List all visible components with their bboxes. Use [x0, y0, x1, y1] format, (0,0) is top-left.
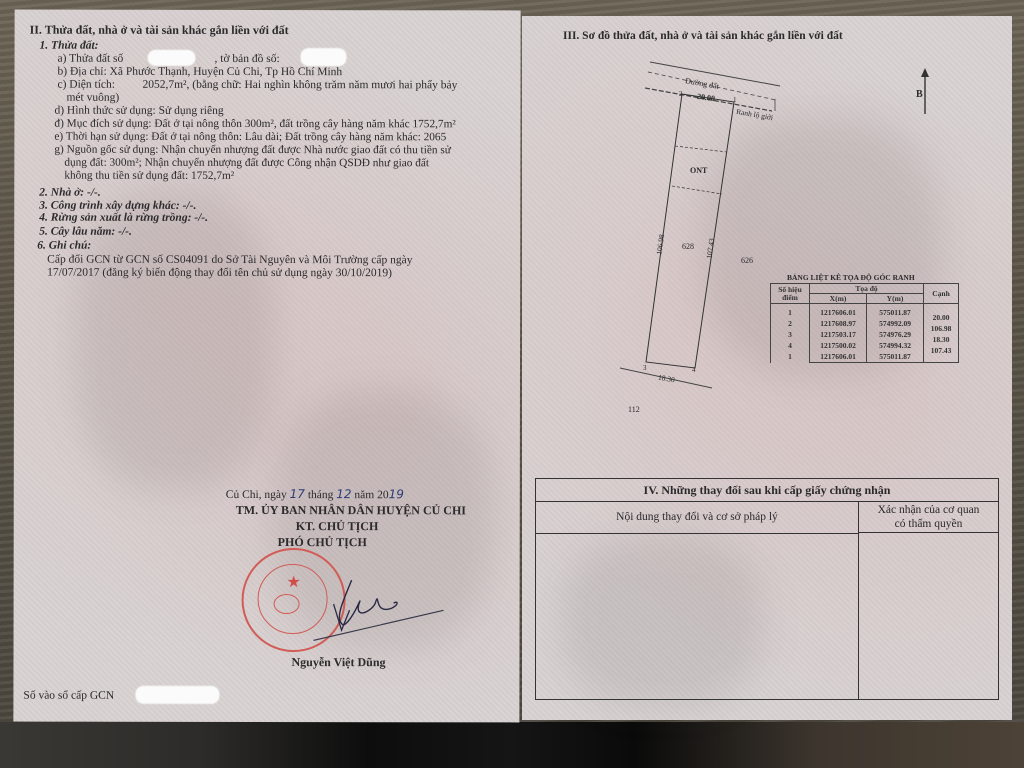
cell-x: 1217606.01	[814, 351, 862, 362]
cell-edge: 107.43	[928, 345, 954, 356]
header-x: X(m)	[810, 294, 867, 304]
header-point: Số hiệu điểm	[771, 284, 810, 304]
cell-y: 575011.87	[871, 307, 919, 318]
header-coords: Tọa độ	[810, 284, 924, 294]
confirmation-line-1: Xác nhận của cơ quan	[859, 503, 998, 517]
cell-point: 4	[775, 340, 805, 351]
changes-col-content: Nội dung thay đổi và cơ sở pháp lý	[536, 501, 859, 534]
column-divider	[858, 533, 859, 699]
parcel-number: 628	[682, 240, 694, 253]
cell-x: 1217503.17	[814, 329, 862, 340]
cell-point: 2	[775, 318, 805, 329]
north-label: B	[916, 88, 923, 101]
cell-point: 3	[775, 329, 805, 340]
cell-x: 1217606.01	[814, 307, 862, 318]
land-use-code: ONT	[690, 164, 707, 177]
cell-point: 1	[775, 351, 805, 362]
cell-edge: 106.98	[928, 323, 954, 334]
header-edge: Cạnh	[924, 284, 959, 304]
cell-y: 574994.32	[871, 340, 919, 351]
edge-top-length: 20.00	[696, 90, 716, 105]
cell-y: 574976.29	[871, 329, 919, 340]
changes-title: IV. Những thay đổi sau khi cấp giấy chứn…	[536, 479, 998, 502]
cell-y: 575011.87	[871, 351, 919, 362]
vertex-2: 2	[679, 88, 683, 101]
cell-x: 1217500.02	[814, 340, 862, 351]
cell-edge: 18.30	[928, 334, 954, 345]
vertex-1: 1	[733, 94, 737, 107]
changes-table: IV. Những thay đổi sau khi cấp giấy chứn…	[535, 478, 999, 700]
confirmation-line-2: có thẩm quyền	[859, 517, 998, 531]
vertex-3: 3	[643, 362, 647, 375]
cell-y: 574992.09	[871, 318, 919, 329]
vertex-4: 4	[692, 364, 696, 377]
cell-point: 1	[775, 307, 805, 318]
table-row: 1 2 3 4 1 1217606.01 1217608.97 1217503.…	[771, 304, 959, 363]
edge-bottom-length: 18.30	[657, 371, 676, 387]
neighbor-parcel-south: 112	[628, 403, 640, 416]
cell-x: 1217608.97	[814, 318, 862, 329]
header-y: Y(m)	[867, 294, 924, 304]
cell-edge: 20.00	[928, 312, 954, 323]
coordinate-table: Số hiệu điểm Tọa độ Cạnh X(m) Y(m) 1 2 3…	[770, 283, 959, 363]
neighbor-parcel-east: 626	[741, 254, 753, 267]
changes-col-confirmation: Xác nhận của cơ quan có thẩm quyền	[859, 501, 998, 533]
